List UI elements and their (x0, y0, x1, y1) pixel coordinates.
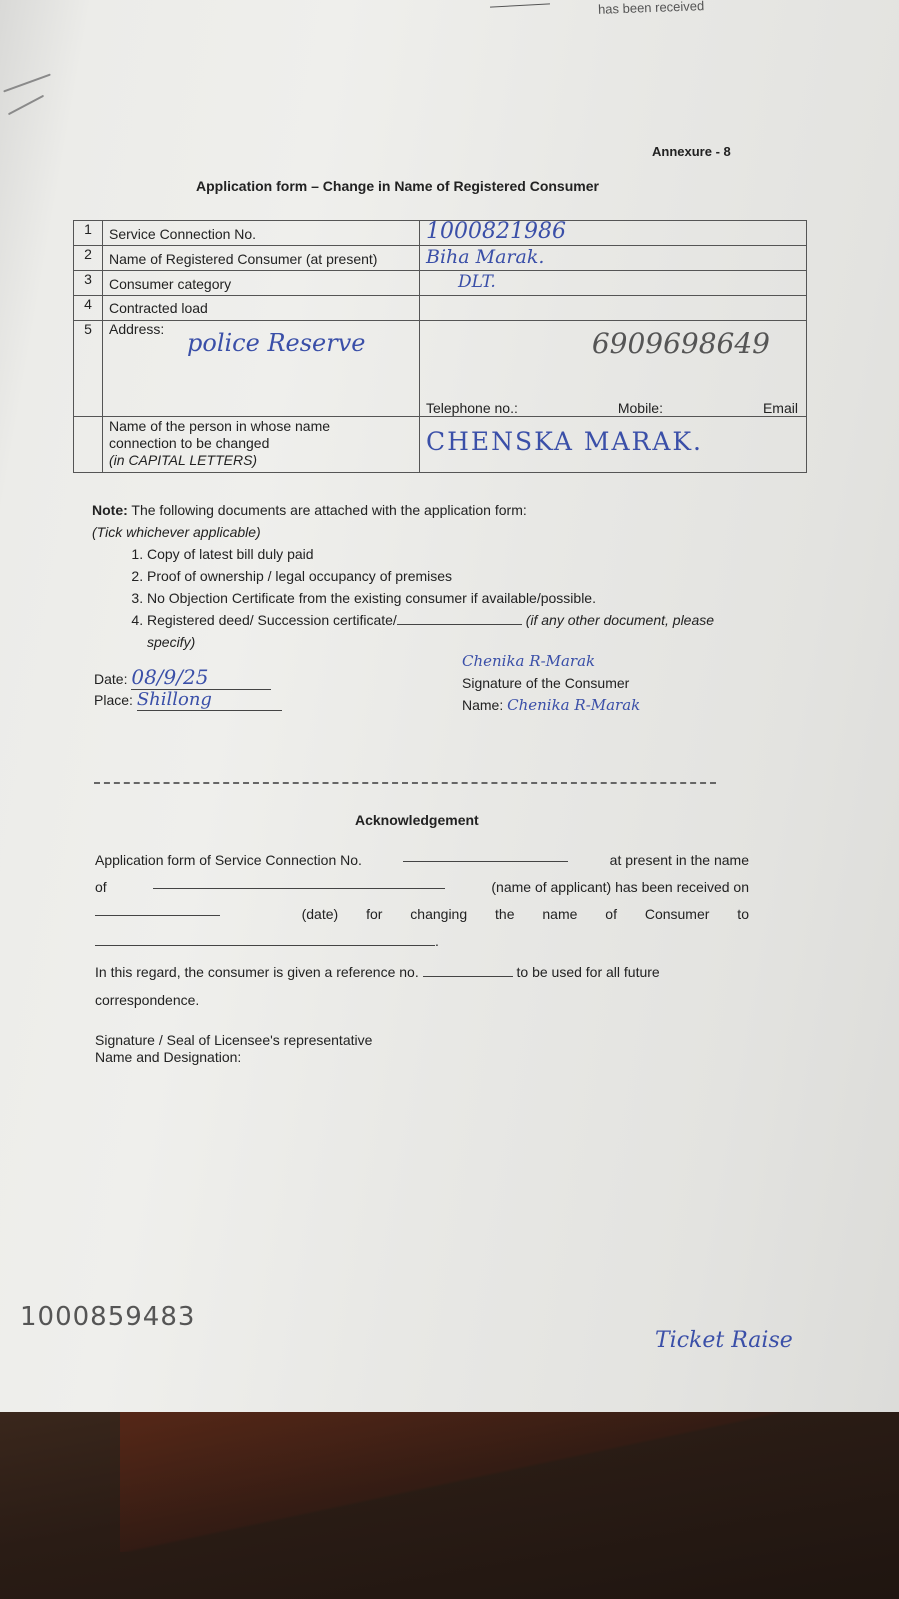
row-number: 1 (74, 221, 103, 246)
email-label: Email (763, 400, 798, 416)
cut-line (94, 782, 716, 784)
table-row: 5 Address: police Reserve 6909698649 Tel… (74, 321, 807, 417)
new-name-value[interactable]: CHENSKA MARAK. (420, 417, 807, 473)
desk-edge (120, 1412, 899, 1552)
service-connection-value[interactable]: 1000821986 (420, 221, 807, 246)
telephone-label: Telephone no.: (426, 400, 518, 416)
document-item[interactable]: Copy of latest bill duly paid (147, 543, 747, 565)
table-row: 3 Consumer category DLT. (74, 271, 807, 296)
contact-cell: 6909698649 Telephone no.: Mobile: Email (420, 321, 807, 417)
handwritten-number: 1000859483 (20, 1302, 195, 1332)
other-document-blank[interactable] (397, 624, 522, 625)
address-cell: Address: police Reserve (103, 321, 420, 417)
ack-new-consumer-blank[interactable] (95, 931, 435, 946)
application-form-table: 1 Service Connection No. 1000821986 2 Na… (73, 220, 807, 473)
row-number: 3 (74, 271, 103, 296)
service-connection-label: Service Connection No. (103, 221, 420, 246)
mobile-value[interactable]: 6909698649 (426, 321, 800, 360)
annexure-label: Annexure - 8 (652, 144, 731, 159)
mobile-label: Mobile: (618, 400, 663, 416)
document-item[interactable]: Proof of ownership / legal occupancy of … (147, 565, 747, 587)
address-label: Address: (109, 321, 164, 337)
row-number: 5 (74, 321, 103, 417)
row-number: 4 (74, 296, 103, 321)
place-label: Place: (94, 692, 133, 708)
documents-list: Copy of latest bill duly paid Proof of o… (92, 543, 747, 653)
consumer-category-value[interactable]: DLT. (420, 271, 807, 296)
name-label: Name: (462, 697, 503, 713)
overlapping-page-text: has been received (598, 0, 705, 17)
consumer-signature-block: Chenika R-Marak Signature of the Consume… (462, 650, 640, 716)
ack-connection-blank[interactable] (403, 847, 568, 862)
handwritten-note: Ticket Raise (655, 1328, 793, 1353)
contracted-load-value[interactable] (420, 296, 807, 321)
acknowledgement-title: Acknowledgement (355, 812, 479, 828)
consumer-category-label: Consumer category (103, 271, 420, 296)
document-item[interactable]: No Objection Certificate from the existi… (147, 587, 747, 609)
date-place-block: Date: 08/9/25 Place: Shillong (94, 665, 282, 713)
consumer-signature[interactable]: Chenika R-Marak (462, 650, 640, 672)
new-name-label: Name of the person in whose name connect… (103, 417, 420, 473)
table-row: 4 Contracted load (74, 296, 807, 321)
staple-mark (3, 74, 51, 93)
table-row: Name of the person in whose name connect… (74, 417, 807, 473)
acknowledgement-body: Application form of Service Connection N… (95, 847, 749, 955)
reference-paragraph: In this regard, the consumer is given a … (95, 958, 749, 1014)
ack-applicant-blank[interactable] (153, 874, 445, 889)
place-value[interactable]: Shillong (137, 689, 282, 711)
date-value[interactable]: 08/9/25 (131, 665, 271, 690)
name-value[interactable]: Chenika R-Marak (507, 696, 640, 714)
tick-hint: (Tick whichever applicable) (92, 521, 747, 543)
registered-consumer-label: Name of Registered Consumer (at present) (103, 246, 420, 271)
contact-labels: Telephone no.: Mobile: Email (426, 400, 798, 416)
ack-date-blank[interactable] (95, 901, 220, 916)
staple-mark (8, 95, 44, 116)
registered-consumer-value[interactable]: Biha Marak. (420, 246, 807, 271)
document-item[interactable]: Registered deed/ Succession certificate/… (147, 609, 747, 653)
contracted-load-label: Contracted load (103, 296, 420, 321)
documents-note: Note: The following documents are attach… (92, 499, 747, 653)
reference-number-blank[interactable] (423, 962, 513, 977)
document-page: has been received Annexure - 8 Applicati… (0, 0, 899, 1412)
table-row: 1 Service Connection No. 1000821986 (74, 221, 807, 246)
form-title: Application form – Change in Name of Reg… (196, 178, 599, 194)
signature-label: Signature of the Consumer (462, 672, 640, 694)
table-row: 2 Name of Registered Consumer (at presen… (74, 246, 807, 271)
overlapping-page-line (490, 3, 550, 7)
address-value[interactable]: police Reserve (187, 329, 365, 357)
licensee-block: Signature / Seal of Licensee's represent… (95, 1032, 372, 1066)
row-number: 2 (74, 246, 103, 271)
date-label: Date: (94, 671, 127, 687)
